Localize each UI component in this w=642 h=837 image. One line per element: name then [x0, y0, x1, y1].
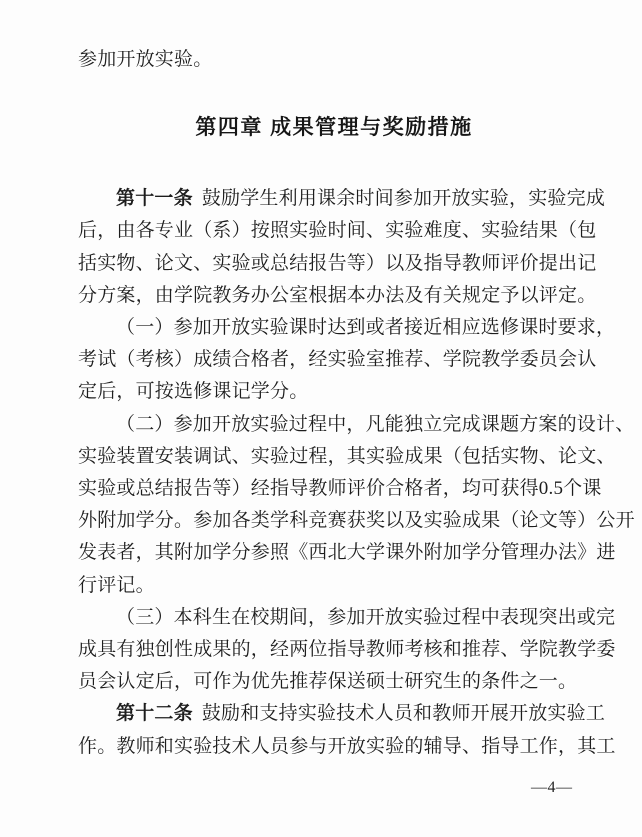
document-line: 实验或总结报告等）经指导教师评价合格者，均可获得0.5个课 [78, 473, 590, 505]
document-line: 成具有独创性成果的，经两位指导教师考核和推荐、学院教学委 [78, 634, 590, 666]
line-text: 实验装置安装调试、实验过程，其实验成果（包括实物、论文、 [78, 446, 616, 467]
line-text: （二）参加开放实验过程中，凡能独立完成课题方案的设计、 [116, 414, 634, 435]
line-text: （一）参加开放实验课时达到或者接近相应选修课时要求， [116, 317, 615, 338]
article-number: 第十二条 [116, 703, 193, 724]
document-line: 实验装置安装调试、实验过程，其实验成果（包括实物、论文、 [78, 441, 590, 473]
document-line: 第十二条鼓励和支持实验技术人员和教师开展开放实验工 [78, 698, 590, 730]
document-line: 后，由各专业（系）按照实验时间、实验难度、实验结果（包 [78, 215, 590, 247]
line-text: 作。教师和实验技术人员参与开放实验的辅导、指导工作，其工 [78, 736, 616, 757]
line-text: 鼓励学生利用课余时间参加开放实验，实验完成 [202, 188, 605, 209]
line-text: 考试（考核）成绩合格者，经实验室推荐、学院教学委员会认 [78, 349, 596, 370]
document-line: （三）本科生在校期间，参加开放实验过程中表现突出或完 [78, 602, 590, 634]
document-content: 参加开放实验。 第四章 成果管理与奖励措施 第十一条鼓励学生利用课余时间参加开放… [78, 44, 590, 763]
page-number: —4— [531, 779, 573, 797]
chapter-heading: 第四章 成果管理与奖励措施 [78, 113, 590, 143]
document-line: 员会认定后，可作为优先推荐保送硕士研究生的条件之一。 [78, 666, 590, 698]
document-line: 发表者，其附加学分参照《西北大学课外附加学分管理办法》进 [78, 537, 590, 569]
line-text: 行评记。 [78, 575, 155, 596]
document-line: 定后，可按选修课记学分。 [78, 376, 590, 408]
document-line: 外附加学分。参加各类学科竞赛获奖以及实验成果（论文等）公开 [78, 505, 590, 537]
line-text: 外附加学分。参加各类学科竞赛获奖以及实验成果（论文等）公开 [78, 510, 635, 531]
line-text: 后，由各专业（系）按照实验时间、实验难度、实验结果（包 [78, 220, 596, 241]
document-line: （一）参加开放实验课时达到或者接近相应选修课时要求， [78, 312, 590, 344]
article-number: 第十一条 [116, 188, 193, 209]
document-line: （二）参加开放实验过程中，凡能独立完成课题方案的设计、 [78, 409, 590, 441]
document-lines: 第十一条鼓励学生利用课余时间参加开放实验，实验完成后，由各专业（系）按照实验时间… [78, 183, 590, 763]
line-text: 成具有独创性成果的，经两位指导教师考核和推荐、学院教学委 [78, 639, 616, 660]
line-text: 分方案，由学院教务办公室根据本办法及有关规定予以评定。 [78, 285, 596, 306]
continuation-line: 参加开放实验。 [78, 44, 590, 76]
line-text: 括实物、论文、实验或总结报告等）以及指导教师评价提出记 [78, 253, 596, 274]
document-line: 第十一条鼓励学生利用课余时间参加开放实验，实验完成 [78, 183, 590, 215]
document-line: 括实物、论文、实验或总结报告等）以及指导教师评价提出记 [78, 248, 590, 280]
line-text: 实验或总结报告等）经指导教师评价合格者，均可获得0.5个课 [78, 478, 602, 499]
line-text: （三）本科生在校期间，参加开放实验过程中表现突出或完 [116, 607, 615, 628]
document-line: 作。教师和实验技术人员参与开放实验的辅导、指导工作，其工 [78, 731, 590, 763]
document-line: 行评记。 [78, 570, 590, 602]
document-line: 分方案，由学院教务办公室根据本办法及有关规定予以评定。 [78, 280, 590, 312]
document-page: 参加开放实验。 第四章 成果管理与奖励措施 第十一条鼓励学生利用课余时间参加开放… [0, 0, 642, 837]
line-text: 鼓励和支持实验技术人员和教师开展开放实验工 [202, 703, 605, 724]
line-text: 员会认定后，可作为优先推荐保送硕士研究生的条件之一。 [78, 671, 577, 692]
line-text: 发表者，其附加学分参照《西北大学课外附加学分管理办法》进 [78, 542, 616, 563]
line-text: 定后，可按选修课记学分。 [78, 381, 308, 402]
document-line: 考试（考核）成绩合格者，经实验室推荐、学院教学委员会认 [78, 344, 590, 376]
